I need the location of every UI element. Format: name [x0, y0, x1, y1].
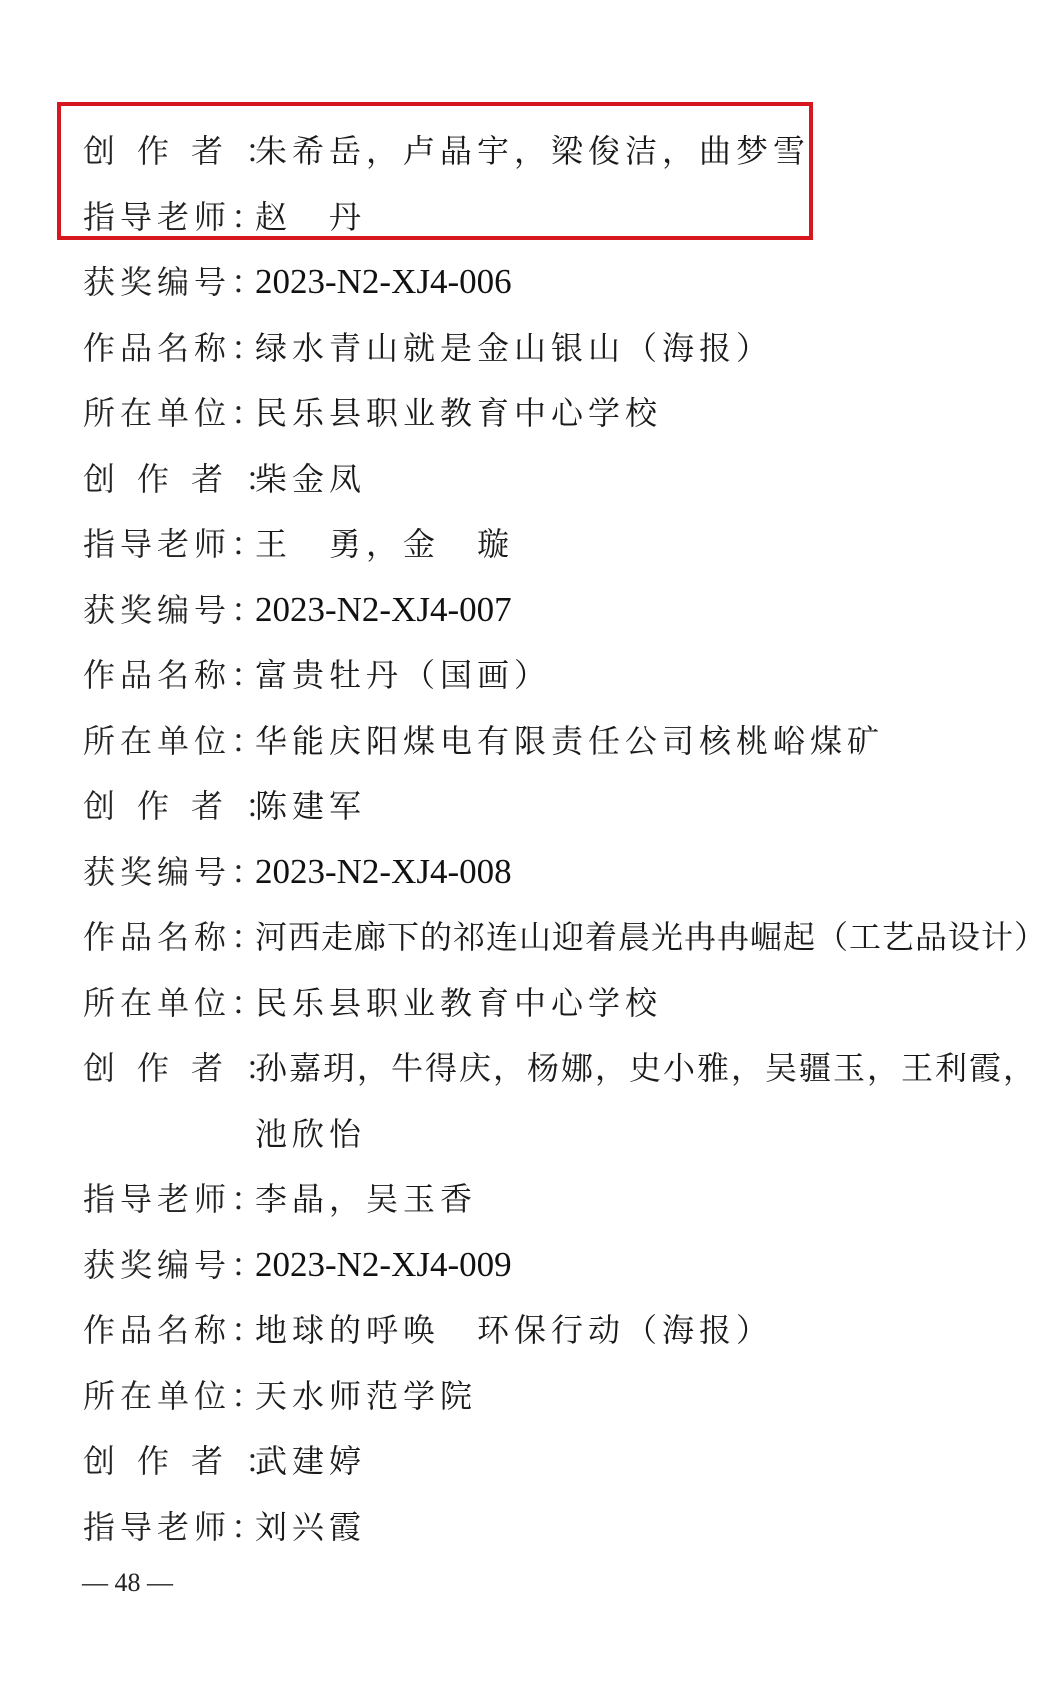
entry-row-title: 作品名称： 河西走廊下的祁连山迎着晨光冉冉崛起（工艺品设计） [83, 915, 1047, 959]
award-code: 2023-N2-XJ4-008 [255, 850, 512, 894]
entry-row-title: 作品名称： 绿水青山就是金山银山（海报） [83, 326, 773, 370]
entry-row-creator: 创作者： 陈建军 [83, 784, 366, 828]
field-value: 绿水青山就是金山银山（海报） [255, 326, 773, 370]
entry-row-creator-continued: 池欣怡 [83, 1112, 366, 1156]
field-label: 指导老师： [83, 1177, 255, 1221]
entry-row-title: 作品名称： 地球的呼唤 环保行动（海报） [83, 1308, 773, 1352]
entry-row-award-code: 获奖编号： 2023-N2-XJ4-009 [83, 1243, 512, 1287]
field-label: 所在单位： [83, 719, 255, 763]
entry-row-award-code: 获奖编号： 2023-N2-XJ4-007 [83, 588, 512, 632]
field-value: 池欣怡 [255, 1112, 366, 1156]
entry-row-advisor: 指导老师： 王 勇，金 璇 [83, 522, 514, 566]
field-label: 获奖编号： [83, 1243, 255, 1287]
field-label: 获奖编号： [83, 850, 255, 894]
field-label: 指导老师： [83, 1505, 255, 1549]
field-label: 所在单位： [83, 981, 255, 1025]
field-value: 华能庆阳煤电有限责任公司核桃峪煤矿 [255, 719, 884, 763]
award-code: 2023-N2-XJ4-006 [255, 260, 512, 304]
entry-row-creator: 创作者： 柴金凤 [83, 457, 366, 501]
field-label: 所在单位： [83, 391, 255, 435]
field-label: 指导老师： [83, 195, 255, 239]
entry-row-advisor: 指导老师： 李晶，吴玉香 [83, 1177, 477, 1221]
field-value: 民乐县职业教育中心学校 [255, 981, 662, 1025]
entry-row-award-code: 获奖编号： 2023-N2-XJ4-008 [83, 850, 512, 894]
field-label: 获奖编号： [83, 260, 255, 304]
field-label: 作品名称： [83, 653, 255, 697]
field-label: 创作者： [83, 129, 255, 173]
field-value: 天水师范学院 [255, 1374, 477, 1418]
field-value: 柴金凤 [255, 457, 366, 501]
field-value: 富贵牡丹（国画） [255, 653, 551, 697]
entry-row-title: 作品名称： 富贵牡丹（国画） [83, 653, 551, 697]
entry-row-creator: 创作者： 武建婷 [83, 1439, 366, 1483]
field-value: 李晶，吴玉香 [255, 1177, 477, 1221]
document-page: 创作者： 朱希岳，卢晶宇，梁俊洁，曲梦雪 指导老师： 赵 丹 获奖编号： 202… [0, 0, 1053, 1691]
award-code: 2023-N2-XJ4-009 [255, 1243, 512, 1287]
field-value: 刘兴霞 [255, 1505, 366, 1549]
field-label: 作品名称： [83, 915, 255, 959]
entry-row-advisor: 指导老师： 刘兴霞 [83, 1505, 366, 1549]
field-label: 创作者： [83, 784, 255, 828]
entry-row-award-code: 获奖编号： 2023-N2-XJ4-006 [83, 260, 512, 304]
field-label: 作品名称： [83, 1308, 255, 1352]
entry-row-unit: 所在单位： 华能庆阳煤电有限责任公司核桃峪煤矿 [83, 719, 884, 763]
field-label: 所在单位： [83, 1374, 255, 1418]
field-value: 河西走廊下的祁连山迎着晨光冉冉崛起（工艺品设计） [255, 915, 1047, 959]
field-value: 孙嘉玥，牛得庆，杨娜，史小雅，吴疆玉，王利霞， [255, 1046, 1037, 1090]
field-label: 创作者： [83, 457, 255, 501]
entry-row-creator: 创作者： 朱希岳，卢晶宇，梁俊洁，曲梦雪 [83, 129, 810, 173]
entry-row-creator: 创作者： 孙嘉玥，牛得庆，杨娜，史小雅，吴疆玉，王利霞， [83, 1046, 1037, 1090]
entry-row-unit: 所在单位： 民乐县职业教育中心学校 [83, 391, 662, 435]
entry-row-unit: 所在单位： 天水师范学院 [83, 1374, 477, 1418]
field-value: 陈建军 [255, 784, 366, 828]
page-number: — 48 — [82, 1566, 173, 1600]
field-label: 作品名称： [83, 326, 255, 370]
entry-row-unit: 所在单位： 民乐县职业教育中心学校 [83, 981, 662, 1025]
entry-row-advisor: 指导老师： 赵 丹 [83, 195, 366, 239]
award-code: 2023-N2-XJ4-007 [255, 588, 512, 632]
field-value: 民乐县职业教育中心学校 [255, 391, 662, 435]
field-value: 赵 丹 [255, 195, 366, 239]
field-label: 创作者： [83, 1439, 255, 1483]
field-label: 获奖编号： [83, 588, 255, 632]
field-value: 朱希岳，卢晶宇，梁俊洁，曲梦雪 [255, 129, 810, 173]
field-label: 创作者： [83, 1046, 255, 1090]
field-value: 武建婷 [255, 1439, 366, 1483]
field-label: 指导老师： [83, 522, 255, 566]
field-value: 地球的呼唤 环保行动（海报） [255, 1308, 773, 1352]
field-value: 王 勇，金 璇 [255, 522, 514, 566]
